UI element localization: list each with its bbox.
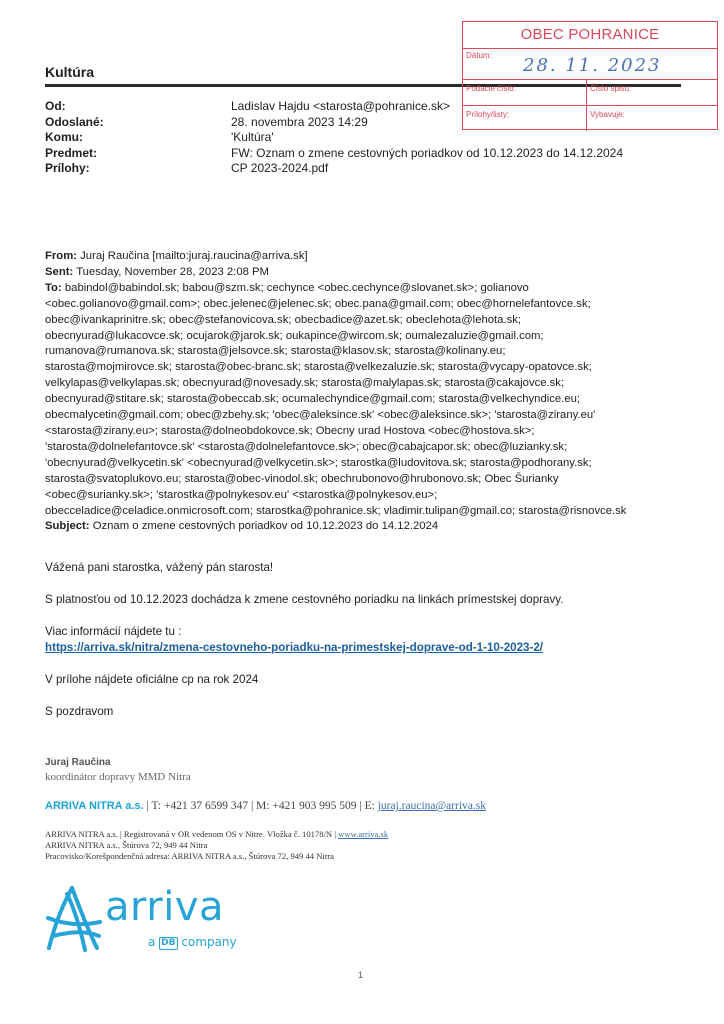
stamp-title: OBEC POHRANICE — [463, 22, 717, 49]
legal-line-3: Pracovisko/Korešpondenčná adresa: ARRIVA… — [45, 851, 388, 862]
mailbox-title: Kultúra — [45, 64, 94, 80]
recipient-line: rumanova@rumanova.sk; starosta@jelsovce.… — [45, 344, 685, 360]
recipient-line: 'obecnyurad@velkycetin.sk' <obecnyurad@v… — [45, 456, 685, 472]
attachment-note: V prílohe nájdete oficiálne cp na rok 20… — [45, 672, 685, 688]
meta-value: Ladislav Hajdu <starosta@pohranice.sk> — [231, 99, 450, 115]
recipient-text: <starosta@zirany.eu>; starosta@dolneobdo… — [45, 425, 534, 437]
fwd-from-label: From: — [45, 250, 77, 262]
recipient-line: <obec.golianovo@gmail.com>; obec.jelenec… — [45, 297, 685, 313]
recipient-text: babindol@babindol.sk; babou@szm.sk; cech… — [65, 282, 529, 294]
recipient-line: obecnyurad@stitare.sk; starosta@obeccab.… — [45, 392, 685, 408]
recipient-line: To: babindol@babindol.sk; babou@szm.sk; … — [45, 281, 685, 297]
meta-row-to: Komu: 'Kultúra' — [45, 130, 623, 146]
meta-label: Od: — [45, 99, 231, 115]
contact-phones: | T: +421 37 6599 347 | M: +421 903 995 … — [146, 800, 377, 812]
fwd-sent-value: Tuesday, November 28, 2023 2:08 PM — [76, 266, 269, 278]
body-paragraph: S platnosťou od 10.12.2023 dochádza k zm… — [45, 592, 685, 608]
legal-line-1: ARRIVA NITRA a.s. | Registrovaná v OR ve… — [45, 829, 388, 840]
meta-value: 28. novembra 2023 14:29 — [231, 115, 368, 131]
signature-role: koordinátor dopravy MMD Nitra — [45, 770, 191, 784]
closing: S pozdravom — [45, 704, 685, 720]
recipient-text: <obec.golianovo@gmail.com>; obec.jelenec… — [45, 298, 591, 310]
meta-value: FW: Oznam o zmene cestovných poriadkov o… — [231, 146, 623, 162]
recipient-line: 'starosta@dolnelefantovce.sk' <starosta@… — [45, 440, 685, 456]
fwd-subject-line: Subject: Oznam o zmene cestovných poriad… — [45, 519, 685, 535]
recipient-text: 'obecnyurad@velkycetin.sk' <obecnyurad@v… — [45, 457, 592, 469]
recipient-line: obecceladice@celadice.onmicrosoft.com; s… — [45, 504, 685, 520]
stamp-label: Podacie číslo: — [466, 84, 516, 93]
recipient-text: obecnyurad@lukacovce.sk; ocujarok@jarok.… — [45, 330, 544, 342]
stamp-grid: Podacie číslo: Číslo spisu: Prílohy/list… — [463, 80, 717, 131]
recipient-text: 'starosta@dolnelefantovce.sk' <starosta@… — [45, 441, 567, 453]
more-info: Viac informácií nájdete tu : https://arr… — [45, 624, 685, 656]
recipient-text: obec@ivankaprinitre.sk; obec@stefanovico… — [45, 314, 521, 326]
signature-name: Juraj Raučina — [45, 756, 191, 770]
recipient-line: <obec@surianky.sk>; 'starostka@polnykeso… — [45, 488, 685, 504]
forwarded-header: From: Juraj Raučina [mailto:juraj.raucin… — [45, 249, 685, 535]
meta-label: Komu: — [45, 130, 231, 146]
meta-row-subject: Predmet: FW: Oznam o zmene cestovných po… — [45, 146, 623, 162]
fwd-subject-label: Subject: — [45, 520, 90, 532]
website-link[interactable]: www.arriva.sk — [338, 829, 388, 839]
signature: Juraj Raučina koordinátor dopravy MMD Ni… — [45, 756, 191, 784]
meta-label: Predmet: — [45, 146, 231, 162]
recipient-text: starosta@mojmirovce.sk; starosta@obec-br… — [45, 361, 592, 373]
attachment-name: CP 2023-2024.pdf — [231, 161, 328, 177]
registry-stamp: OBEC POHRANICE Dátum: 28. 11. 2023 Podac… — [462, 21, 718, 130]
recipient-text: starosta@svatoplukovo.eu; starosta@obec-… — [45, 473, 559, 485]
more-info-label: Viac informácií nájdete tu : — [45, 625, 181, 638]
tagline-suffix: company — [178, 935, 237, 949]
page-number: 1 — [358, 970, 363, 980]
recipient-text: velkylapas@velkylapas.sk; obecnyurad@nov… — [45, 377, 564, 389]
recipient-line: starosta@mojmirovce.sk; starosta@obec-br… — [45, 360, 685, 376]
recipient-line: velkylapas@velkylapas.sk; obecnyurad@nov… — [45, 376, 685, 392]
fwd-from-line: From: Juraj Raučina [mailto:juraj.raucin… — [45, 249, 685, 265]
recipient-line: obecmalycetin@gmail.com; obec@zbehy.sk; … — [45, 408, 685, 424]
email-body: Vážená pani starostka, vážený pán staros… — [45, 560, 685, 736]
recipient-line: obecnyurad@lukacovce.sk; ocujarok@jarok.… — [45, 329, 685, 345]
fwd-subject-value: Oznam o zmene cestovných poriadkov od 10… — [93, 520, 438, 532]
fwd-from-value: Juraj Raučina [mailto:juraj.raucina@arri… — [80, 250, 307, 262]
recipient-line: obec@ivankaprinitre.sk; obec@stefanovico… — [45, 313, 685, 329]
fwd-to-label: To: — [45, 282, 62, 294]
legal-line-2: ARRIVA NITRA a.s., Štúrova 72, 949 44 Ni… — [45, 840, 388, 851]
company-name: ARRIVA NITRA a.s. — [45, 800, 144, 812]
meta-value: 'Kultúra' — [231, 130, 274, 146]
fwd-sent-label: Sent: — [45, 266, 73, 278]
signature-email-link[interactable]: juraj.raucina@arriva.sk — [378, 800, 486, 812]
stamp-label: Vybavuje: — [590, 110, 625, 119]
recipient-text: obecceladice@celadice.onmicrosoft.com; s… — [45, 505, 626, 517]
recipient-line: starosta@svatoplukovo.eu; starosta@obec-… — [45, 472, 685, 488]
fwd-recipients: To: babindol@babindol.sk; babou@szm.sk; … — [45, 281, 685, 520]
stamp-cell-spis: Číslo spisu: — [587, 80, 717, 106]
db-company-tagline: a DB company — [148, 935, 237, 950]
recipient-text: obecmalycetin@gmail.com; obec@zbehy.sk; … — [45, 409, 595, 421]
stamp-date-label: Dátum: — [466, 51, 492, 60]
stamp-cell-vybavuje: Vybavuje: — [587, 106, 717, 131]
recipient-text: <obec@surianky.sk>; 'starostka@polnykeso… — [45, 489, 437, 501]
legal-footer: ARRIVA NITRA a.s. | Registrovaná v OR ve… — [45, 829, 388, 863]
recipient-line: <starosta@zirany.eu>; starosta@dolneobdo… — [45, 424, 685, 440]
stamp-cell-podacie: Podacie číslo: — [463, 80, 587, 106]
stamp-date-field: Dátum: 28. 11. 2023 — [463, 49, 717, 80]
greeting: Vážená pani starostka, vážený pán staros… — [45, 560, 685, 576]
signature-contact: ARRIVA NITRA a.s. | T: +421 37 6599 347 … — [45, 800, 486, 812]
stamp-cell-prilohy: Prílohy/listy: — [463, 106, 587, 131]
legal-text: ARRIVA NITRA a.s. | Registrovaná v OR ve… — [45, 829, 338, 839]
stamp-label: Prílohy/listy: — [466, 110, 509, 119]
arriva-wordmark: arriva — [105, 885, 224, 929]
document-page: Kultúra Od: Ladislav Hajdu <starosta@poh… — [0, 0, 724, 1024]
meta-row-attachments: Prílohy: CP 2023-2024.pdf — [45, 161, 623, 177]
recipient-text: rumanova@rumanova.sk; starosta@jelsovce.… — [45, 345, 505, 357]
tagline-prefix: a — [148, 935, 159, 949]
fwd-sent-line: Sent: Tuesday, November 28, 2023 2:08 PM — [45, 265, 685, 281]
arriva-star-icon — [45, 884, 103, 954]
stamp-label: Číslo spisu: — [590, 84, 631, 93]
stamp-handwritten-date: 28. 11. 2023 — [523, 55, 662, 76]
recipient-text: obecnyurad@stitare.sk; starosta@obeccab.… — [45, 393, 580, 405]
meta-label: Prílohy: — [45, 161, 231, 177]
meta-label: Odoslané: — [45, 115, 231, 131]
db-logo-icon: DB — [159, 937, 177, 950]
timetable-link[interactable]: https://arriva.sk/nitra/zmena-cestovneho… — [45, 641, 543, 654]
arriva-logo: arriva a DB company — [45, 880, 265, 960]
